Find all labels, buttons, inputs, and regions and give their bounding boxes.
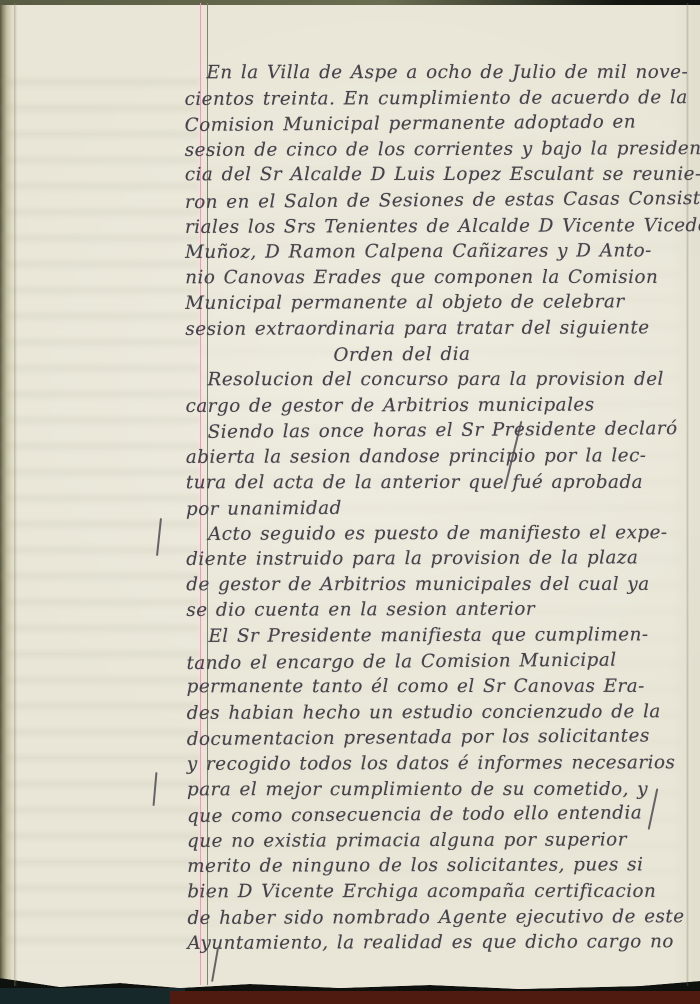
- manuscript-line: Resolucion del concurso para la provisio…: [186, 367, 698, 393]
- manuscript-line: nio Canovas Erades que componen la Comis…: [185, 265, 697, 291]
- manuscript-line: cia del Sr Alcalde D Luis Lopez Esculant…: [185, 162, 697, 188]
- manuscript-line: sesion extraordinaria para tratar del si…: [185, 315, 697, 342]
- manuscript-line: Municipal permanente al objeto de celebr…: [185, 289, 697, 316]
- manuscript-line: bien D Vicente Erchiga acompaña certific…: [187, 879, 699, 905]
- manuscript-line: riales los Srs Tenientes de Alcalde D Vi…: [185, 213, 697, 240]
- manuscript-line: El Sr Presidente manifiesta que cumplime…: [186, 622, 698, 649]
- manuscript-line: permanente tanto él como el Sr Canovas E…: [187, 674, 699, 700]
- manuscript-line: Orden del dia: [185, 340, 697, 370]
- manuscript-line: de gestor de Arbitrios municipales del c…: [186, 572, 698, 598]
- manuscript-line: que no existia primacia alguna por super…: [187, 827, 699, 854]
- manuscript-line: tura del acta de la anterior que fué apr…: [186, 469, 698, 495]
- manuscript-line: y recogido todos los datos é informes ne…: [187, 750, 699, 777]
- scan-background-dark-strip: [0, 988, 185, 1004]
- manuscript-line: documentacion presentada por los solicit…: [187, 723, 699, 753]
- manuscript-line: diente instruido para la provision de la…: [186, 545, 698, 572]
- manuscript-line: des habian hecho un estudio concienzudo …: [187, 699, 699, 726]
- manuscript-line: se dio cuenta en la sesion anterior: [186, 597, 698, 624]
- manuscript-line: cargo de gestor de Arbitrios municipales: [186, 392, 698, 419]
- manuscript-line: sesion de cinco de los corrientes y bajo…: [185, 136, 697, 163]
- manuscript-line: tando el encargo de la Comision Municipa…: [186, 647, 698, 677]
- manuscript-line: merito de ninguno de los solicitantes, p…: [187, 853, 699, 880]
- scan-background-maroon-strip: [170, 991, 700, 1004]
- manuscript-line: cientos treinta. En cumplimiento de acue…: [185, 85, 697, 112]
- manuscript-line: de haber sido nombrado Agente ejecutivo …: [187, 904, 699, 931]
- handwritten-text-block: En la Villa de Aspe a ocho de Julio de m…: [184, 59, 699, 957]
- page-left-crease: [14, 3, 17, 986]
- manuscript-line: Acto seguido es puesto de manifiesto el …: [186, 520, 698, 547]
- manuscript-line: Muñoz, D Ramon Calpena Cañizares y D Ant…: [185, 238, 697, 265]
- manuscript-line: por unanimidad: [186, 493, 698, 523]
- manuscript-line: Comision Municipal permanente adoptado e…: [185, 109, 697, 139]
- verso-bleedthrough-left: [0, 63, 200, 963]
- manuscript-line: Ayuntamiento, la realidad es que dicho c…: [187, 929, 699, 956]
- manuscript-line: ron en el Salon de Sesiones de estas Cas…: [185, 186, 697, 216]
- manuscript-line: que como consecuencia de todo ello enten…: [187, 800, 699, 830]
- book-top-edge: [0, 0, 700, 5]
- manuscript-line: para el mejor cumplimiento de su cometid…: [187, 776, 699, 802]
- manuscript-line: En la Villa de Aspe a ocho de Julio de m…: [184, 60, 696, 86]
- manuscript-line: Siendo las once horas el Sr Presidente d…: [186, 416, 698, 446]
- manuscript-line: abierta la sesion dandose principio por …: [186, 443, 698, 470]
